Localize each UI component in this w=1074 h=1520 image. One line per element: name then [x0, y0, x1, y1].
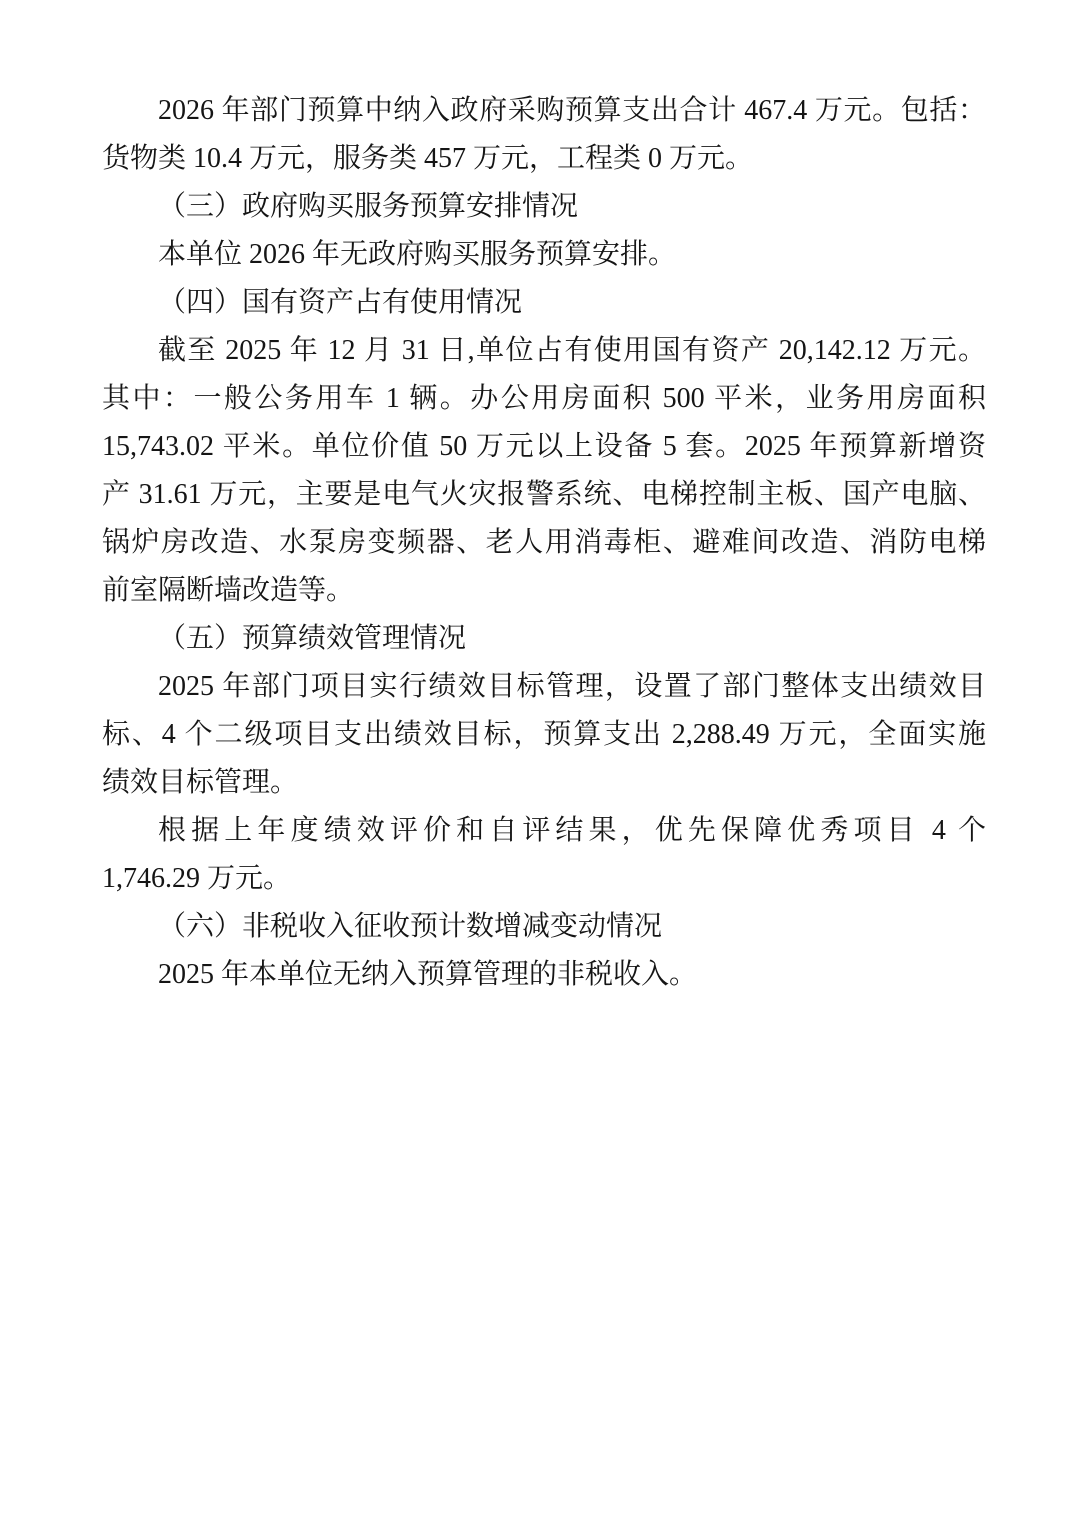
body-line: 产 31.61 万元，主要是电气火灾报警系统、电梯控制主板、国产电脑、	[102, 471, 986, 519]
body-line: 货物类 10.4 万元，服务类 457 万元，工程类 0 万元。	[102, 135, 986, 183]
heading-section-5: （五）预算绩效管理情况	[102, 615, 986, 663]
body-line: 绩效目标管理。	[102, 759, 986, 807]
body-line: 2025 年部门项目实行绩效目标管理，设置了部门整体支出绩效目	[102, 663, 986, 711]
body-line: 根据上年度绩效评价和自评结果，优先保障优秀项目 4 个	[102, 807, 986, 855]
body-line: 其中：一般公务用车 1 辆。办公用房面积 500 平米，业务用房面积	[102, 375, 986, 423]
heading-section-3: （三）政府购买服务预算安排情况	[102, 183, 986, 231]
document-page: 2026 年部门预算中纳入政府采购预算支出合计 467.4 万元。包括： 货物类…	[0, 0, 1074, 1520]
body-line: 截至 2025 年 12 月 31 日,单位占有使用国有资产 20,142.12…	[102, 327, 986, 375]
heading-section-6: （六）非税收入征收预计数增减变动情况	[102, 903, 986, 951]
body-line: 标、4 个二级项目支出绩效目标，预算支出 2,288.49 万元，全面实施	[102, 711, 986, 759]
body-line: 15,743.02 平米。单位价值 50 万元以上设备 5 套。2025 年预算…	[102, 423, 986, 471]
document-body: 2026 年部门预算中纳入政府采购预算支出合计 467.4 万元。包括： 货物类…	[102, 87, 986, 999]
body-line: 前室隔断墙改造等。	[102, 567, 986, 615]
body-line: 2025 年本单位无纳入预算管理的非税收入。	[102, 951, 986, 999]
body-line: 1,746.29 万元。	[102, 855, 986, 903]
body-line: 锅炉房改造、水泵房变频器、老人用消毒柜、避难间改造、消防电梯	[102, 519, 986, 567]
body-line: 本单位 2026 年无政府购买服务预算安排。	[102, 231, 986, 279]
heading-section-4: （四）国有资产占有使用情况	[102, 279, 986, 327]
body-line: 2026 年部门预算中纳入政府采购预算支出合计 467.4 万元。包括：	[102, 87, 986, 135]
